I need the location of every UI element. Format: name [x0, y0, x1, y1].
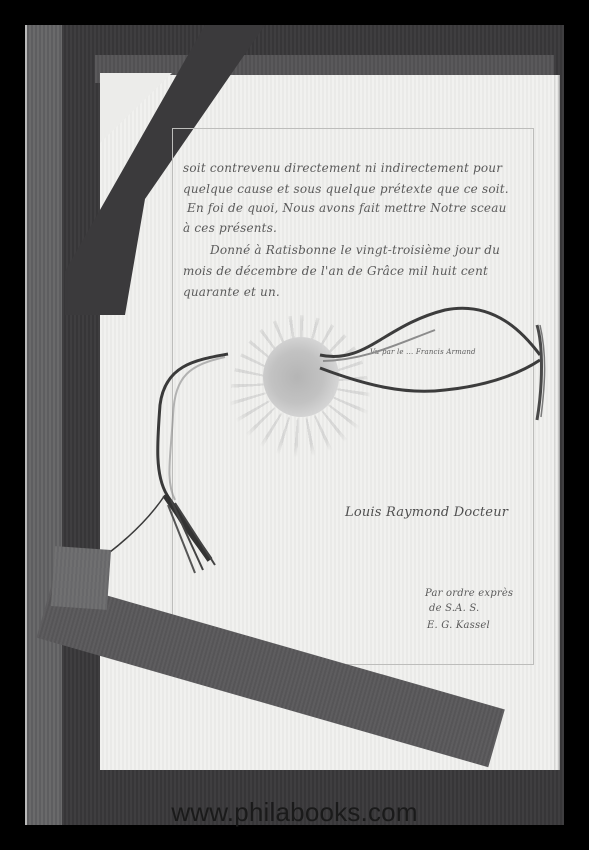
- ribbon-end: [51, 546, 111, 610]
- document-photo: soit contrevenu directement ni indirecte…: [25, 25, 564, 825]
- watermark: www.philabooks.com: [0, 797, 589, 828]
